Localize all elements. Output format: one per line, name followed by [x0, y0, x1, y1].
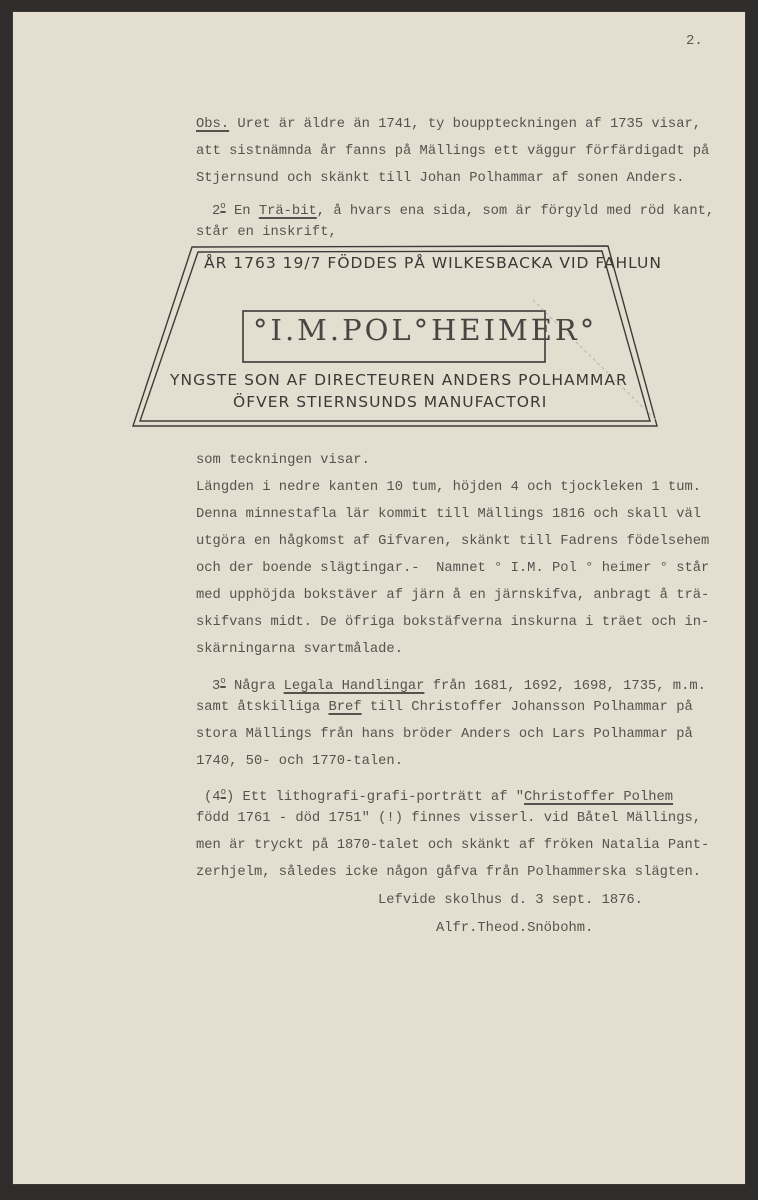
inscription-line-3: YNGSTE SON AF DIRECTEUREN ANDERS POLHAMM…: [170, 371, 628, 389]
signature-name: Alfr.Theod.Snöbohm.: [436, 921, 593, 937]
page-number: 2.: [686, 33, 703, 49]
inscription-drawing: ÅR 1763 19/7 FÖDDES PÅ WILKESBACKA VID F…: [128, 240, 668, 435]
item-4-line: (4o) Ett lithografi-grafi-porträtt af "C…: [204, 784, 673, 806]
text-line: Stjernsund och skänkt till Johan Polhamm…: [196, 171, 685, 187]
text-line: att sistnämnda år fanns på Mällings ett …: [196, 144, 709, 160]
underlined-term: Legala Handlingar: [284, 679, 425, 694]
text-line: Obs. Uret är äldre än 1741, ty bouppteck…: [196, 117, 701, 133]
text-line: med upphöjda bokstäver af järn å en järn…: [196, 588, 709, 604]
underlined-term: Bref: [328, 700, 361, 715]
place-date: Lefvide skolhus d. 3 sept. 1876.: [378, 893, 643, 909]
underlined-term: Trä-bit: [259, 204, 317, 219]
text-line: utgöra en hågkomst af Gifvaren, skänkt t…: [196, 534, 709, 550]
text-line: Längden i nedre kanten 10 tum, höjden 4 …: [196, 480, 701, 496]
text-line: står en inskrift,: [196, 225, 337, 241]
text-line: men är tryckt på 1870-talet och skänkt a…: [196, 838, 709, 854]
text-line: som teckningen visar.: [196, 453, 370, 469]
text-line: samt åtskilliga Bref till Christoffer Jo…: [196, 700, 693, 716]
text-line: född 1761 - död 1751" (!) finnes visserl…: [196, 811, 701, 827]
item-2-line: 2o En Trä-bit, å hvars ena sida, som är …: [212, 198, 714, 220]
text-line: och der boende slägtingar.- Namnet ° I.M…: [196, 561, 709, 577]
text-line: stora Mällings från hans bröder Anders o…: [196, 727, 693, 743]
underlined-heading: Obs.: [196, 117, 229, 132]
text-line: skärningarna svartmålade.: [196, 642, 403, 658]
inscription-line-1: ÅR 1763 19/7 FÖDDES PÅ WILKESBACKA VID F…: [204, 254, 662, 272]
text-line: skifvans midt. De öfriga bokstäfverna in…: [196, 615, 709, 631]
text-line: 1740, 50- och 1770-talen.: [196, 754, 403, 770]
inscription-line-4: ÖFVER STIERNSUNDS MANUFACTORI: [233, 393, 547, 411]
inscription-name: °I.M.POL°HEIMER°: [253, 313, 597, 347]
text-line: zerhjelm, således icke någon gåfva från …: [196, 865, 701, 881]
underlined-term: Christoffer Polhem: [524, 790, 673, 805]
text-line: Denna minnestafla lär kommit till Mällin…: [196, 507, 701, 523]
item-3-line: 3o Några Legala Handlingar från 1681, 16…: [212, 673, 706, 695]
